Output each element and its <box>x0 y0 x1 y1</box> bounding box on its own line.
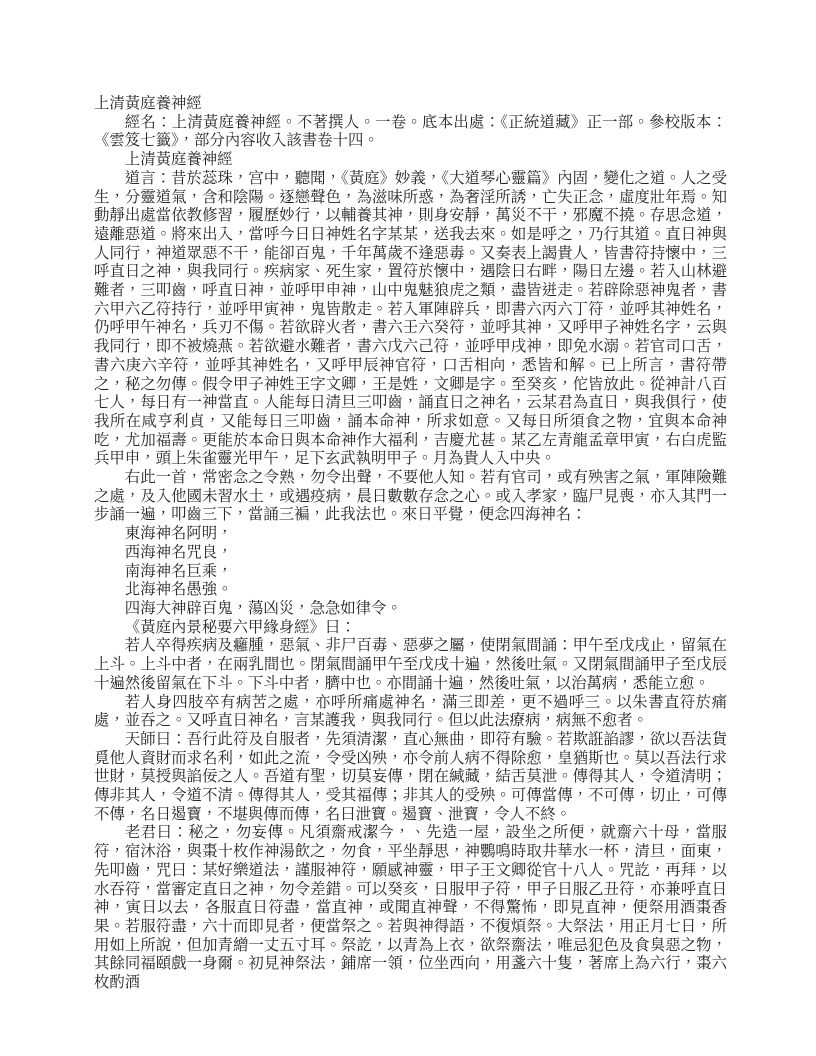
four-seas-incantation: 四海大神辟百鬼，蕩凶災，急急如律令。 <box>94 600 727 619</box>
body-paragraph-healing: 若人身四肢卒有病苦之處，亦呼所痛處神名，滿三即差，更不過呼三。以朱書直符於痛處，… <box>94 694 727 731</box>
east-sea-god-line: 東海神名阿明， <box>94 525 727 544</box>
body-paragraph-daoyan: 道言：昔於蕊珠，宫中，聽聞，《黃庭》妙義，《大道琴心靈篇》內固，變化之道。人之受… <box>94 170 727 469</box>
south-sea-god-line: 南海神名巨乘， <box>94 563 727 582</box>
body-paragraph-laojun: 老君曰：秘之，勿妄傳。凡須齋戒潔今，、先造一屋，設坐之所便，就齋六十母，當服符，… <box>94 824 727 992</box>
scripture-title: 上清黃庭養神經 <box>94 151 727 170</box>
inner-scripture-heading: 《黃庭內景秘要六甲緣身經》曰： <box>94 619 727 638</box>
body-paragraph-tianshi: 天師曰：吾行此符及自服者，先須清潔，直心無曲，即符有驗。若欺誑諂謬，欲以吾法貨覓… <box>94 731 727 825</box>
body-paragraph-recitation: 右此一首，常密念之令熟，勿令出聲，不要他人知。若有官司，或有殃害之氣，軍陣險難之… <box>94 469 727 525</box>
document-page: 上清黃庭養神經經名：上清黃庭養神經。不著撰人。一卷。底本出處：《正統道藏》正一部… <box>0 0 816 1056</box>
bibliographic-note: 經名：上清黃庭養神經。不著撰人。一卷。底本出處：《正統道藏》正一部。參校版本：《… <box>94 114 727 151</box>
body-paragraph-breath-method: 若人卒得疾病及癰腫，惡氣、非尸百毒、惡夢之屬，使閉氣間誦：甲午至戊戌止，留氣在上… <box>94 637 727 693</box>
north-sea-god-line: 北海神名愚強。 <box>94 581 727 600</box>
document-body: 上清黃庭養神經經名：上清黃庭養神經。不著撰人。一卷。底本出處：《正統道藏》正一部… <box>94 95 727 993</box>
document-header-title: 上清黃庭養神經 <box>94 95 727 114</box>
west-sea-god-line: 西海神名咒良， <box>94 544 727 563</box>
